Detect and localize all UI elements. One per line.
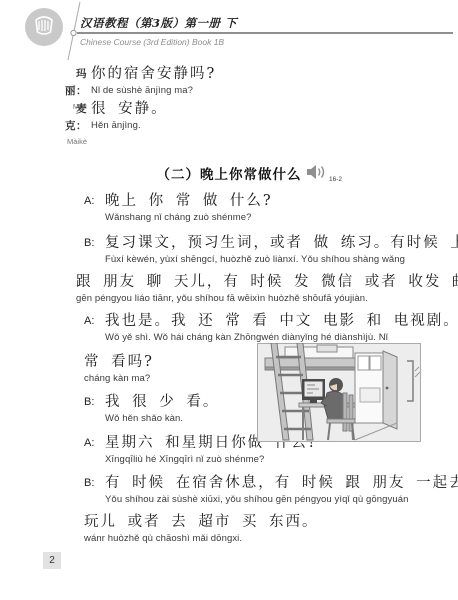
hanzi-text: 晚上 你 常 做 什么?: [105, 193, 273, 210]
pinyin-text: Fùxí kèwén, yùxí shēngcí, huòzhě zuò lià…: [105, 254, 458, 265]
hanzi-text: 我也是。我 还 常 看 中文 电影 和 电视剧。你: [105, 313, 458, 330]
hanzi-text: 常 看吗?: [84, 354, 154, 371]
section-title: （二）晚上你常做什么: [0, 163, 458, 183]
dialogue2-line-continuation: 常 看吗? cháng kàn ma?: [84, 354, 154, 384]
pinyin-text: Wǎnshang nǐ cháng zuò shénme?: [105, 212, 273, 223]
pinyin-text: gēn péngyou liáo tiānr, yǒu shíhou fā wē…: [76, 293, 458, 304]
speaker-marker: B:: [84, 394, 105, 424]
hanzi-text: 我 很 少 看。: [105, 394, 219, 411]
dialogue2-line: A: 晚上 你 常 做 什么? Wǎnshang nǐ cháng zuò sh…: [84, 193, 273, 223]
hanzi-text: 玩儿 或者 去 超市 买 东西。: [84, 514, 319, 531]
dialogue2-line-continuation: 跟 朋友 聊 天儿，有 时候 发 微信 或者 收发 邮件。 gēn péngyo…: [76, 274, 458, 304]
audio-marker: 16-2: [306, 164, 352, 186]
pinyin-text: cháng kàn ma?: [84, 373, 154, 384]
header-rule: [77, 32, 453, 34]
book-title-en: Chinese Course (3rd Edition) Book 1B: [80, 37, 224, 47]
hanzi-text: 跟 朋友 聊 天儿，有 时候 发 微信 或者 收发 邮件。: [76, 274, 458, 291]
hanzi-text: 你的宿舍安静吗?: [91, 66, 216, 83]
pinyin-text: Nǐ de sùshè ānjìng ma?: [91, 85, 216, 96]
hanzi-text: 有 时候 在宿舍休息，有 时候 跟 朋友 一起去 公园: [105, 475, 458, 492]
speaker-marker: B:: [84, 475, 105, 505]
header-ornament: [58, 0, 84, 62]
pinyin-text: Xīngqīliù hé Xīngqīrì nǐ zuò shénme?: [105, 454, 318, 465]
speaker-name: 麦克：: [55, 101, 87, 135]
dialogue2-line-continuation: 玩儿 或者 去 超市 买 东西。 wánr huòzhě qù chāoshì …: [84, 514, 319, 544]
page-number: 2: [43, 552, 61, 569]
book-title-zh: 汉语教程（第3版）第一册 下: [80, 15, 237, 31]
hanzi-text: 复习课文，预习生词，或者 做 练习。有时候 上 网: [105, 235, 458, 252]
pinyin-text: Wǒ hěn shǎo kàn.: [105, 413, 219, 424]
audio-track-number: 16-2: [329, 176, 342, 183]
pinyin-text: Wǒ yě shì. Wǒ hái cháng kàn Zhōngwén dià…: [105, 332, 458, 343]
pinyin-text: Yǒu shíhou zài sùshè xiūxi, yǒu shíhou g…: [105, 494, 458, 505]
pinyin-text: Hěn ānjìng.: [91, 120, 168, 131]
dialogue2-line: B: 我 很 少 看。 Wǒ hěn shǎo kàn.: [84, 394, 219, 424]
speaker-icon: [306, 164, 328, 180]
dialogue2-line: B: 复习课文，预习生词，或者 做 练习。有时候 上 网 Fùxí kèwén,…: [84, 235, 458, 265]
pinyin-text: wánr huòzhě qù chāoshì mǎi dōngxi.: [84, 533, 319, 544]
dialogue2-line: B: 有 时候 在宿舍休息，有 时候 跟 朋友 一起去 公园 Yǒu shího…: [84, 475, 458, 505]
speaker-marker: A:: [84, 435, 105, 465]
dorm-room-illustration: [257, 343, 421, 442]
speaker-marker: A:: [84, 193, 105, 223]
speaker-marker: A:: [84, 313, 105, 343]
book-page: 汉语教程（第3版）第一册 下 Chinese Course (3rd Editi…: [0, 0, 458, 600]
hanzi-text: 很 安静。: [91, 101, 168, 118]
speaker-marker: B:: [84, 235, 105, 265]
speaker-name: 玛丽：: [55, 66, 87, 100]
dialogue2-line: A: 我也是。我 还 常 看 中文 电影 和 电视剧。你 Wǒ yě shì. …: [84, 313, 458, 343]
dialogue1-line-maike: 麦克： Màikè 很 安静。 Hěn ānjìng.: [55, 101, 168, 147]
speaker-pinyin: Màikè: [55, 137, 87, 147]
